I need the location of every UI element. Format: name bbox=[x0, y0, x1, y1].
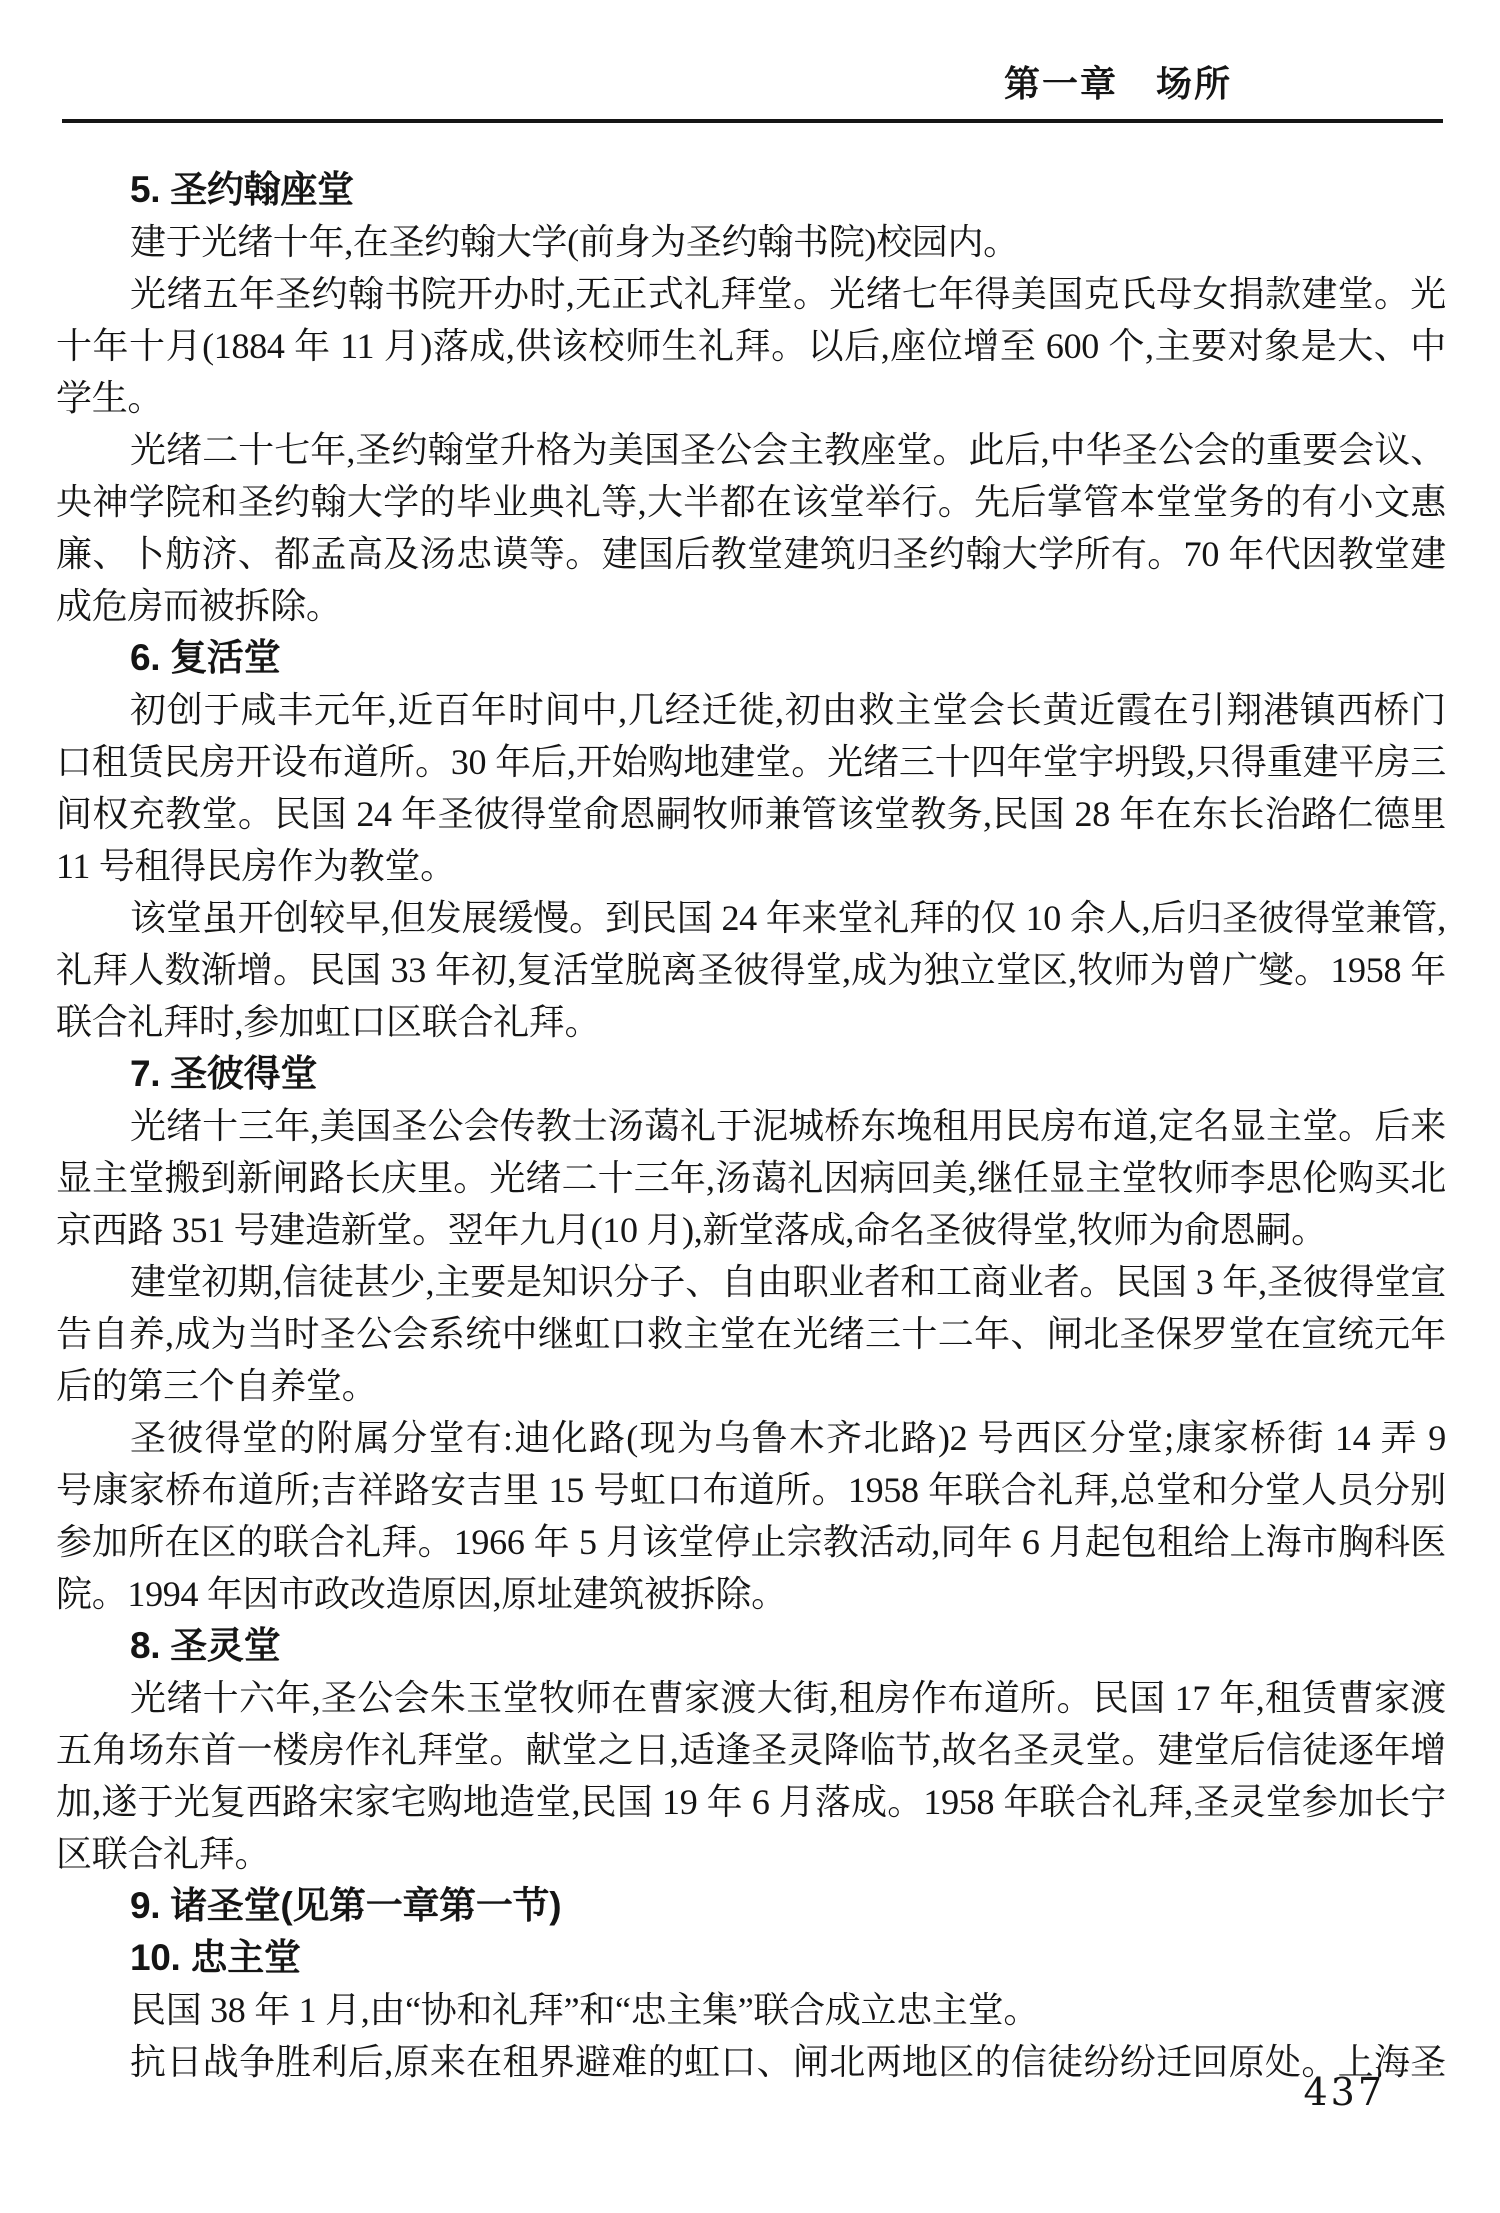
text-line: 联合礼拜时,参加虹口区联合礼拜。 bbox=[56, 996, 1446, 1048]
text-line: 央神学院和圣约翰大学的毕业典礼等,大半都在该堂举行。先后掌管本堂堂务的有小文惠 bbox=[56, 476, 1446, 528]
text-line: 学生。 bbox=[56, 372, 1446, 424]
text-line: 显主堂搬到新闸路长庆里。光绪二十三年,汤蔼礼因病回美,继任显主堂牧师李思伦购买北 bbox=[56, 1152, 1446, 1204]
text-line: 区联合礼拜。 bbox=[56, 1828, 1446, 1880]
section-heading: 7. 圣彼得堂 bbox=[56, 1048, 1446, 1100]
text-line: 圣彼得堂的附属分堂有:迪化路(现为乌鲁木齐北路)2 号西区分堂;康家桥街 14 … bbox=[56, 1412, 1446, 1464]
running-header-chapter: 第一章 bbox=[1004, 63, 1118, 104]
header-rule bbox=[62, 119, 1443, 123]
text-line: 京西路 351 号建造新堂。翌年九月(10 月),新堂落成,命名圣彼得堂,牧师为… bbox=[56, 1204, 1446, 1256]
text-line: 光绪二十七年,圣约翰堂升格为美国圣公会主教座堂。此后,中华圣公会的重要会议、中 bbox=[56, 424, 1446, 476]
section-heading: 8. 圣灵堂 bbox=[56, 1620, 1446, 1672]
text-line: 廉、卜舫济、都孟高及汤忠谟等。建国后教堂建筑归圣约翰大学所有。70 年代因教堂建… bbox=[56, 528, 1446, 580]
text-line: 民国 38 年 1 月,由“协和礼拜”和“忠主集”联合成立忠主堂。 bbox=[56, 1984, 1446, 2036]
section-heading: 6. 复活堂 bbox=[56, 632, 1446, 684]
text-line: 五角场东首一楼房作礼拜堂。献堂之日,适逢圣灵降临节,故名圣灵堂。建堂后信徒逐年增 bbox=[56, 1724, 1446, 1776]
page-number: 437 bbox=[1303, 2072, 1385, 2112]
text-line: 礼拜人数渐增。民国 33 年初,复活堂脱离圣彼得堂,成为独立堂区,牧师为曾广燮。… bbox=[56, 944, 1446, 996]
text-line: 初创于咸丰元年,近百年时间中,几经迁徙,初由救主堂会长黄近霞在引翔港镇西桥门 bbox=[56, 684, 1446, 736]
page-body: 5. 圣约翰座堂建于光绪十年,在圣约翰大学(前身为圣约翰书院)校园内。光绪五年圣… bbox=[56, 164, 1446, 2088]
section-heading: 5. 圣约翰座堂 bbox=[56, 164, 1446, 216]
text-line: 间权充教堂。民国 24 年圣彼得堂俞恩嗣牧师兼管该堂教务,民国 28 年在东长治… bbox=[56, 788, 1446, 840]
text-line: 成危房而被拆除。 bbox=[56, 580, 1446, 632]
text-line: 光绪十三年,美国圣公会传教士汤蔼礼于泥城桥东堍租用民房布道,定名显主堂。后来 bbox=[56, 1100, 1446, 1152]
text-line: 告自养,成为当时圣公会系统中继虹口救主堂在光绪三十二年、闸北圣保罗堂在宣统元年之 bbox=[56, 1308, 1446, 1360]
text-line: 该堂虽开创较早,但发展缓慢。到民国 24 年来堂礼拜的仅 10 余人,后归圣彼得… bbox=[56, 892, 1446, 944]
text-line: 号康家桥布道所;吉祥路安吉里 15 号虹口布道所。1958 年联合礼拜,总堂和分… bbox=[56, 1464, 1446, 1516]
text-line: 院。1994 年因市政改造原因,原址建筑被拆除。 bbox=[56, 1568, 1446, 1620]
section-heading: 10. 忠主堂 bbox=[56, 1932, 1446, 1984]
text-line: 口租赁民房开设布道所。30 年后,开始购地建堂。光绪三十四年堂宇坍毁,只得重建平… bbox=[56, 736, 1446, 788]
text-line: 参加所在区的联合礼拜。1966 年 5 月该堂停止宗教活动,同年 6 月起包租给… bbox=[56, 1516, 1446, 1568]
text-line: 加,遂于光复西路宋家宅购地造堂,民国 19 年 6 月落成。1958 年联合礼拜… bbox=[56, 1776, 1446, 1828]
running-header-section: 场所 bbox=[1156, 63, 1232, 104]
text-line: 十年十月(1884 年 11 月)落成,供该校师生礼拜。以后,座位增至 600 … bbox=[56, 320, 1446, 372]
running-header: 第一章场所 bbox=[1004, 64, 1232, 104]
text-line: 光绪五年圣约翰书院开办时,无正式礼拜堂。光绪七年得美国克氏母女捐款建堂。光绪 bbox=[56, 268, 1446, 320]
text-line: 11 号租得民房作为教堂。 bbox=[56, 840, 1446, 892]
section-heading: 9. 诸圣堂(见第一章第一节) bbox=[56, 1880, 1446, 1932]
text-line: 抗日战争胜利后,原来在租界避难的虹口、闸北两地区的信徒纷纷迁回原处。上海圣公 bbox=[56, 2036, 1446, 2088]
text-line: 建于光绪十年,在圣约翰大学(前身为圣约翰书院)校园内。 bbox=[56, 216, 1446, 268]
text-line: 后的第三个自养堂。 bbox=[56, 1360, 1446, 1412]
scanned-book-page: 第一章场所 5. 圣约翰座堂建于光绪十年,在圣约翰大学(前身为圣约翰书院)校园内… bbox=[0, 0, 1500, 2213]
text-line: 光绪十六年,圣公会朱玉堂牧师在曹家渡大街,租房作布道所。民国 17 年,租赁曹家… bbox=[56, 1672, 1446, 1724]
text-line: 建堂初期,信徒甚少,主要是知识分子、自由职业者和工商业者。民国 3 年,圣彼得堂… bbox=[56, 1256, 1446, 1308]
